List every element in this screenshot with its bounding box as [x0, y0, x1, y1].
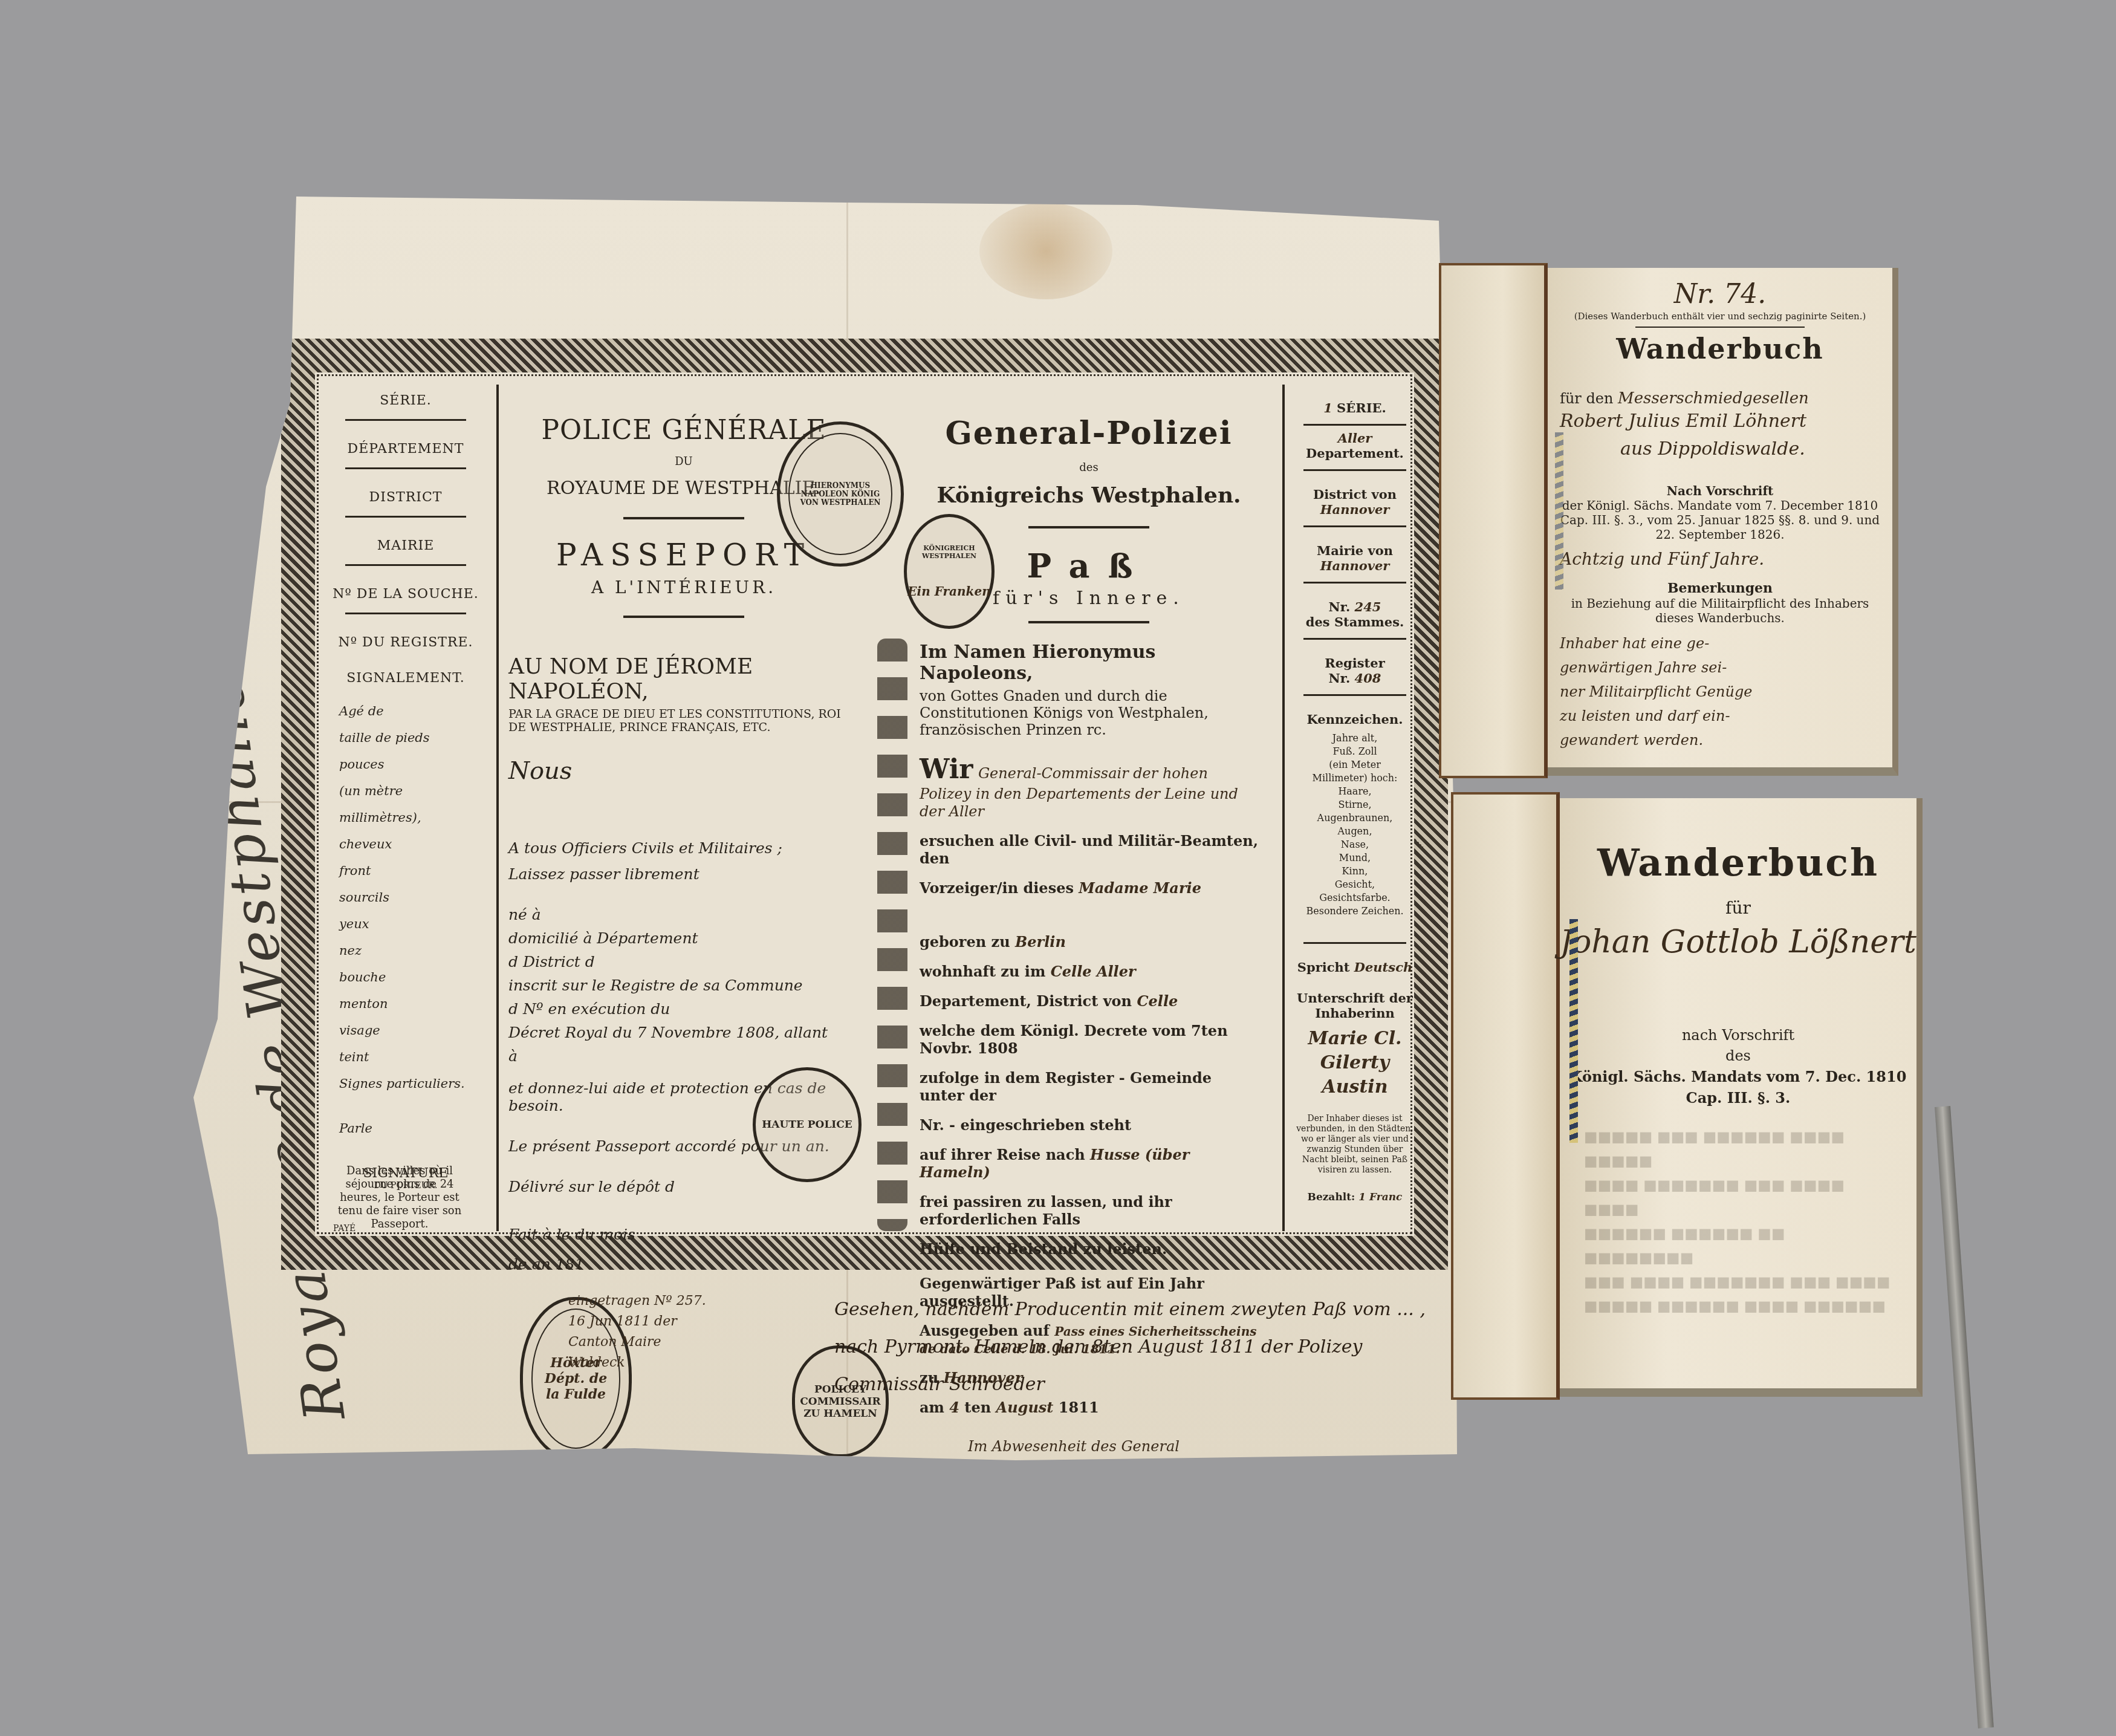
souche-label: Nº DE LA SOUCHE. — [315, 587, 496, 602]
westphalian-passport: Royaume de Westphalie SÉRIE. DÉPARTEMENT… — [193, 197, 1457, 1466]
visa-notice: Dans les villes où il séjourne plus de 2… — [333, 1165, 466, 1231]
age-handwritten: Achtzig und Fünf Jahre. — [1548, 545, 1892, 573]
serie-label: SÉRIE. — [315, 393, 496, 408]
divider — [1303, 582, 1406, 584]
inner-cover-left — [1451, 792, 1560, 1400]
divider — [345, 467, 466, 469]
departement-label: DÉPARTEMENT — [315, 441, 496, 457]
divider — [1028, 526, 1149, 528]
signalement-fields: Agé de taille de pieds pouces (un mètre … — [315, 698, 496, 1142]
wanderbuch-title: Wanderbuch — [1548, 333, 1892, 365]
divider — [345, 613, 466, 614]
divider — [1303, 694, 1406, 696]
mairie-label: MAIRIE — [315, 538, 496, 553]
au-nom-heading: AU NOM DE JÉROME NAPOLÉON, — [508, 654, 859, 704]
kennzeichen-fields: Jahre alt, Fuß. Zoll (ein Meter Millimet… — [1294, 732, 1415, 918]
koenig-von-westphalen-seal: HIERONYMUS NAPOLEON KÖNIG VON WESTPHALEN — [777, 421, 904, 567]
paye-label: PAYÉ — [333, 1224, 355, 1234]
german-main-text: General-Polizei des Königreichs Westphal… — [920, 391, 1258, 1237]
divider — [623, 517, 744, 519]
divider — [345, 419, 466, 421]
divider — [1303, 469, 1406, 471]
divider — [1028, 621, 1149, 623]
divider — [1635, 327, 1805, 328]
binding-cord — [1569, 919, 1578, 1143]
eagle-ornament-column — [877, 639, 907, 1231]
inner-cover-left — [1439, 263, 1548, 778]
wanderbuch-johan-loessnert: Wanderbuch für Johan Gottlob Lößnert nac… — [1451, 792, 1935, 1400]
title-page: Wanderbuch für Johan Gottlob Lößnert nac… — [1560, 798, 1923, 1397]
divider — [1303, 638, 1406, 640]
visa-notice-german: Der Inhaber dieses ist verbunden, in den… — [1294, 1114, 1415, 1175]
divider — [1303, 525, 1406, 527]
title-page: Nr. 74. (Dieses Wanderbuch enthält vier … — [1548, 268, 1898, 776]
wanderbuch-robert-loehnert: Nr. 74. (Dieses Wanderbuch enthält vier … — [1439, 263, 1898, 778]
im-namen-heading: Im Namen Hieronymus Napoleons, — [920, 642, 1258, 684]
paper-stain — [979, 203, 1112, 299]
wanderbuch-title: Wanderbuch — [1560, 840, 1916, 885]
bearer-name-handwritten: Madame Marie — [1079, 879, 1201, 897]
german-side-column: 1 SÉRIE. Aller Departement. District von… — [1294, 385, 1415, 1243]
visa-entry-bottom: Gesehen, nachdem Producentin mit einem z… — [834, 1291, 1427, 1403]
binding-cord — [1555, 432, 1563, 590]
register-number: 408 — [1355, 671, 1381, 686]
column-rule — [496, 385, 499, 1231]
commissair-signature-note: Im Abwesenheit des General Commissairs d… — [968, 1434, 1258, 1507]
bemerkungen-heading: Bemerkungen — [1548, 580, 1892, 596]
registre-label: Nº DU REGISTRE. — [315, 635, 496, 650]
divider — [623, 616, 744, 618]
koenigreich-westphalen-stamp: KÖNIGREICH WESTPHALENEin Franken — [904, 514, 995, 629]
divider — [345, 516, 466, 518]
district-label: DISTRICT — [315, 490, 496, 505]
bearer-signature: Marie Cl. Gilerty Austin — [1294, 1027, 1415, 1099]
divider — [345, 564, 466, 566]
column-rule — [1282, 385, 1285, 1231]
owner-name-handwritten: Johan Gottlob Lößnert — [1560, 924, 1916, 960]
divider — [1303, 424, 1406, 426]
book-number: Nr. 74. — [1548, 279, 1892, 310]
haute-police-seal: HAUTE POLICE — [753, 1067, 862, 1182]
bookmark-ribbon — [1935, 1106, 1994, 1728]
koenigreich-heading: Königreichs Westphalen. — [920, 483, 1258, 508]
signalement-label: SIGNALEMENT. — [315, 671, 496, 686]
military-remark-handwritten: Inhaber hat eine ge- genwärtigen Jahre s… — [1548, 631, 1892, 752]
divider — [1303, 942, 1406, 944]
owner-name-handwritten: Robert Julius Emil Löhnert — [1548, 408, 1892, 435]
visa-entry-small: eingetragen Nº 257. 16 Jun 1811 der Cant… — [568, 1291, 713, 1373]
show-through-text: ■■■■■ ■■■ ■■■■■■ ■■■■ ■■■■■■■■■ ■■■■■■■ … — [1584, 1125, 1892, 1318]
general-polizei-title: General-Polizei — [920, 415, 1258, 452]
french-side-column: SÉRIE. DÉPARTEMENT DISTRICT MAIRIE Nº DE… — [315, 372, 496, 1237]
